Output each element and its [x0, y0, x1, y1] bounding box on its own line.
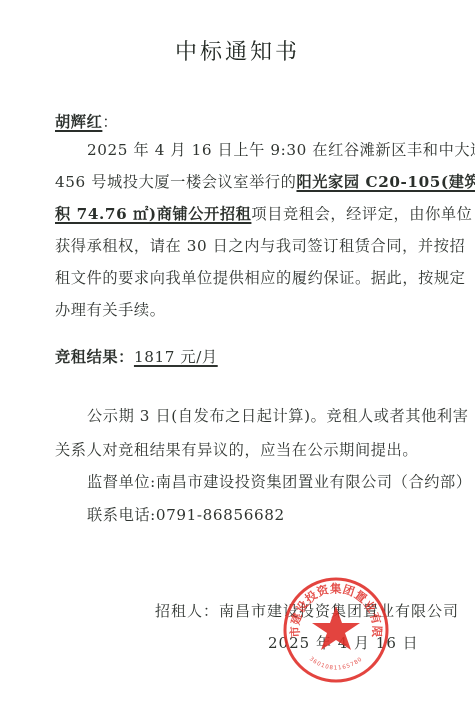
notice-line-2: 关系人对竞租结果有异议的，应当在公示期间提出。 — [55, 440, 418, 460]
body-line-5: 租文件的要求向我单位提供相应的履约保证。据此，按规定 — [55, 268, 465, 288]
contact-phone: 0791-86856682 — [156, 506, 285, 524]
supervisor-value: 南昌市建设投资集团置业有限公司（合约部） — [156, 473, 472, 491]
body-line-2-plain: 456 号城投大厦一楼会议室举行的 — [55, 173, 296, 191]
document-page: 中标通知书 胡辉红： 2025 年 4 月 16 日上午 9:30 在红谷滩新区… — [0, 0, 475, 711]
notice-line-1: 公示期 3 日(自发布之日起计算)。竞租人或者其他利害 — [87, 406, 469, 426]
body-line-1: 2025 年 4 月 16 日上午 9:30 在红谷滩新区丰和中大道 — [87, 140, 475, 160]
signer-label: 招租人： — [155, 602, 219, 620]
body-line-4: 获得承租权，请在 30 日之内与我司签订租赁合同，并按招 — [55, 236, 465, 256]
recipient-line: 胡辉红： — [55, 112, 118, 132]
supervisor-label: 监督单位: — [87, 473, 156, 491]
body-line-2: 456 号城投大厦一楼会议室举行的阳光家园 C20-105(建筑面 — [55, 172, 475, 192]
result-label: 竞租结果： — [55, 348, 134, 366]
result-line: 竞租结果：1817 元/月 — [55, 347, 218, 367]
result-value: 1817 元/月 — [134, 348, 218, 366]
body-line-6: 办理有关手续。 — [55, 300, 166, 320]
official-seal-icon: 南昌市建设投资集团置业有限公司 3601081165780 — [282, 576, 390, 684]
project-name-part-1: 阳光家园 C20-105(建筑面 — [296, 173, 475, 191]
project-name-part-2: 积 74.76 ㎡)商铺公开招租 — [55, 205, 251, 223]
contact-line: 联系电话:0791-86856682 — [87, 505, 285, 525]
supervisor-line: 监督单位:南昌市建设投资集团置业有限公司（合约部） — [87, 472, 472, 492]
stamp-serial: 3601081165780 — [308, 656, 364, 671]
recipient-name: 胡辉红 — [55, 113, 102, 131]
page-title: 中标通知书 — [0, 35, 475, 66]
body-line-3-plain: 项目竞租会，经评定，由你单位 — [251, 205, 472, 223]
svg-text:3601081165780: 3601081165780 — [308, 656, 364, 671]
contact-label: 联系电话: — [87, 506, 156, 524]
body-line-3: 积 74.76 ㎡)商铺公开招租项目竞租会，经评定，由你单位 — [55, 204, 472, 224]
recipient-colon: ： — [102, 113, 118, 131]
